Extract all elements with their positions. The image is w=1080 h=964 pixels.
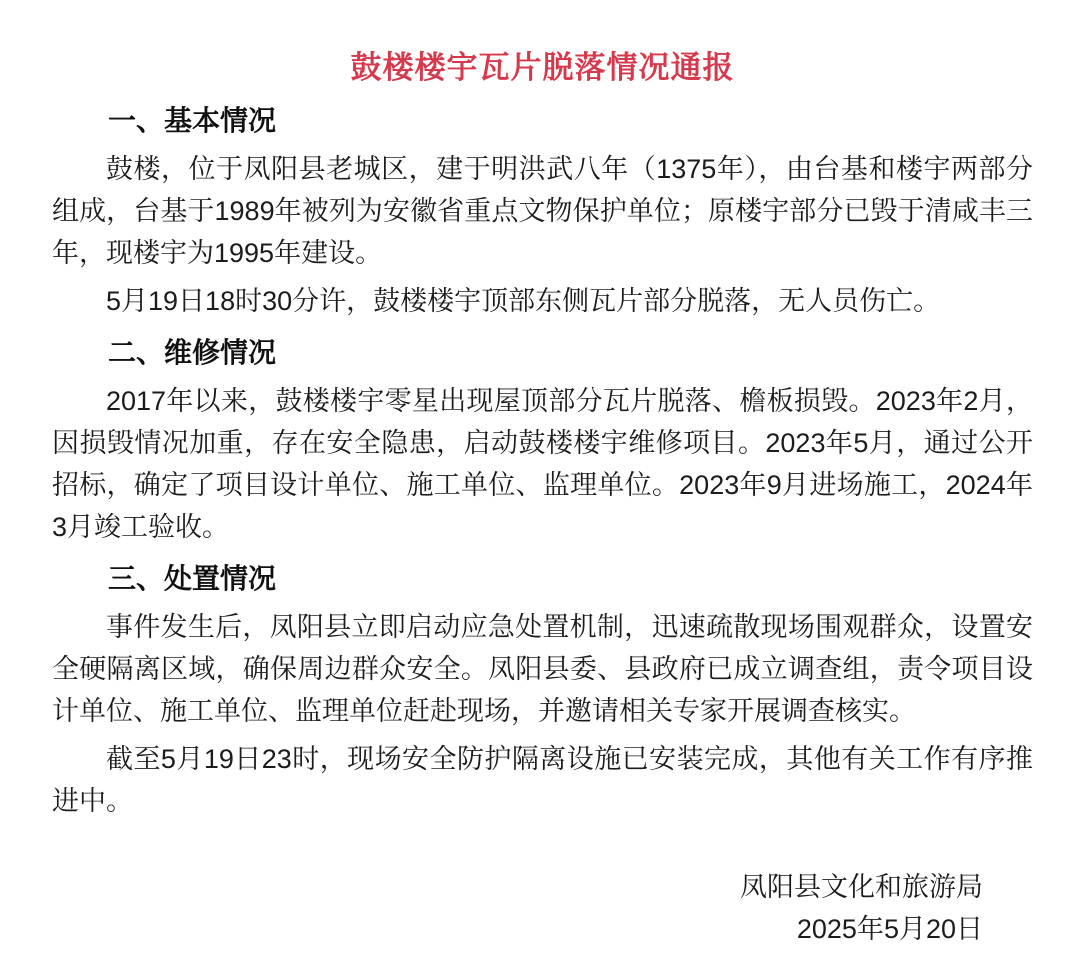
issuing-authority: 凤阳县文化和旅游局 [52,866,983,908]
section-1-heading: 一、基本情况 [52,100,1033,142]
section-3-heading: 三、处置情况 [52,558,1033,600]
document-title: 鼓楼楼宇瓦片脱落情况通报 [52,46,1033,90]
section-1-paragraph-1: 鼓楼，位于凤阳县老城区，建于明洪武八年（1375年），由台基和楼宇两部分组成，台… [52,148,1033,274]
section-2-heading: 二、维修情况 [52,332,1033,374]
issue-date: 2025年5月20日 [52,908,983,950]
section-1-paragraph-2: 5月19日18时30分许，鼓楼楼宇顶部东侧瓦片部分脱落，无人员伤亡。 [52,280,1033,322]
signature-block: 凤阳县文化和旅游局 2025年5月20日 [52,866,1033,950]
section-2-paragraph-1: 2017年以来，鼓楼楼宇零星出现屋顶部分瓦片脱落、檐板损毁。2023年2月，因损… [52,380,1033,548]
section-3-paragraph-1: 事件发生后，凤阳县立即启动应急处置机制，迅速疏散现场围观群众，设置安全硬隔离区域… [52,606,1033,732]
section-3-paragraph-2: 截至5月19日23时，现场安全防护隔离设施已安装完成，其他有关工作有序推进中。 [52,738,1033,822]
notice-page: 鼓楼楼宇瓦片脱落情况通报 一、基本情况 鼓楼，位于凤阳县老城区，建于明洪武八年（… [0,0,1080,964]
